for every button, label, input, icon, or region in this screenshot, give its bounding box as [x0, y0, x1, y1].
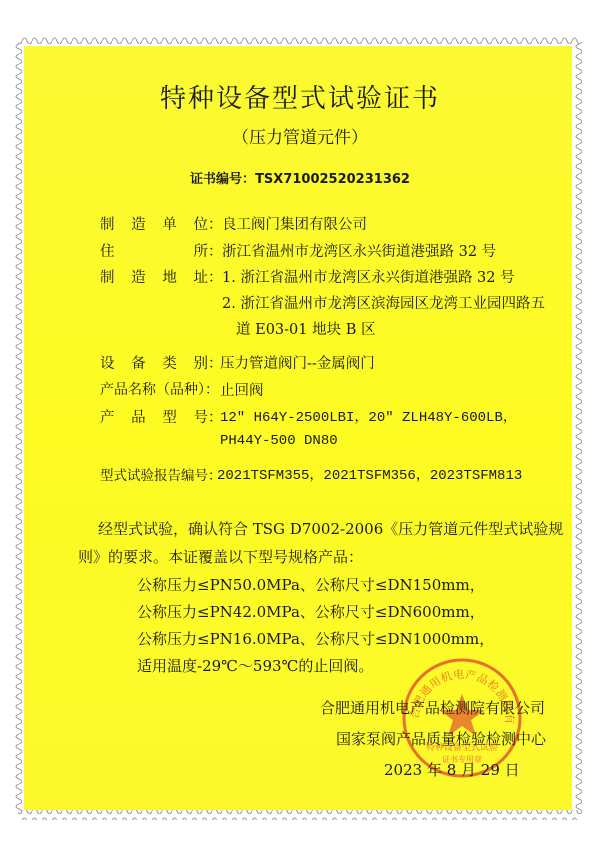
- site-line-1: 1. 浙江省温州市龙湾区永兴街道港强路 32 号: [222, 266, 515, 287]
- issue-date: 2023 年 8 月 29 日: [384, 759, 520, 780]
- spec-line: 公称压力≤PN42.0MPa、公称尺寸≤DN600mm，: [137, 601, 485, 622]
- model-line-1: 12″ H64Y-2500LBI，20″ ZLH48Y-600LB，: [220, 406, 517, 426]
- spec-line: 适用温度-29℃～593℃的止回阀。: [137, 655, 373, 676]
- field-label: 产品名称（品种）: [100, 382, 205, 398]
- field-value: 浙江省温州市龙湾区永兴街道港强路 32 号: [222, 240, 496, 261]
- field-value: 压力管道阀门--金属阀门: [220, 352, 375, 373]
- field-label: 住所: [100, 240, 208, 261]
- certificate-title: 特种设备型式试验证书: [0, 78, 600, 115]
- field-value: 止回阀: [220, 379, 264, 400]
- statement-line-2: 则》的要求。本证覆盖以下型号规格产品：: [78, 546, 363, 567]
- field-label: 设备类别: [100, 352, 208, 373]
- issuer-org-2: 国家泵阀产品质量检验检测中心: [336, 728, 546, 749]
- site-line-2: 2. 浙江省温州市龙湾区滨海园区龙湾工业园四路五: [222, 292, 545, 313]
- field-value: 良工阀门集团有限公司: [222, 213, 367, 234]
- certificate-number-label: 证书编号：: [190, 172, 255, 187]
- certificate-number-value: TSX71002520231362: [255, 172, 410, 187]
- model-line-2: PH44Y-500 DN80: [220, 433, 338, 449]
- spec-line: 公称压力≤PN50.0MPa、公称尺寸≤DN150mm，: [137, 574, 485, 595]
- field-label: 制造单位: [100, 213, 208, 234]
- certificate-number: 证书编号：TSX71002520231362: [0, 168, 600, 187]
- spec-line: 公称压力≤PN16.0MPa、公称尺寸≤DN1000mm，: [137, 628, 494, 649]
- issuer-org-1: 合肥通用机电产品检测院有限公司: [320, 697, 545, 718]
- field-value: 2021TSFM355，2021TSFM356，2023TSFM813: [217, 464, 522, 484]
- site-line-3: 道 E03-01 地块 B 区: [236, 318, 375, 339]
- field-label: 型式试验报告编号: [100, 468, 208, 484]
- field-label: 制造地址: [100, 266, 208, 287]
- field-label: 产品型号: [100, 406, 208, 427]
- certificate-subtitle: （压力管道元件）: [0, 123, 600, 148]
- statement-line-1: 经型式试验，确认符合 TSG D7002-2006《压力管道元件型式试验规: [98, 518, 563, 539]
